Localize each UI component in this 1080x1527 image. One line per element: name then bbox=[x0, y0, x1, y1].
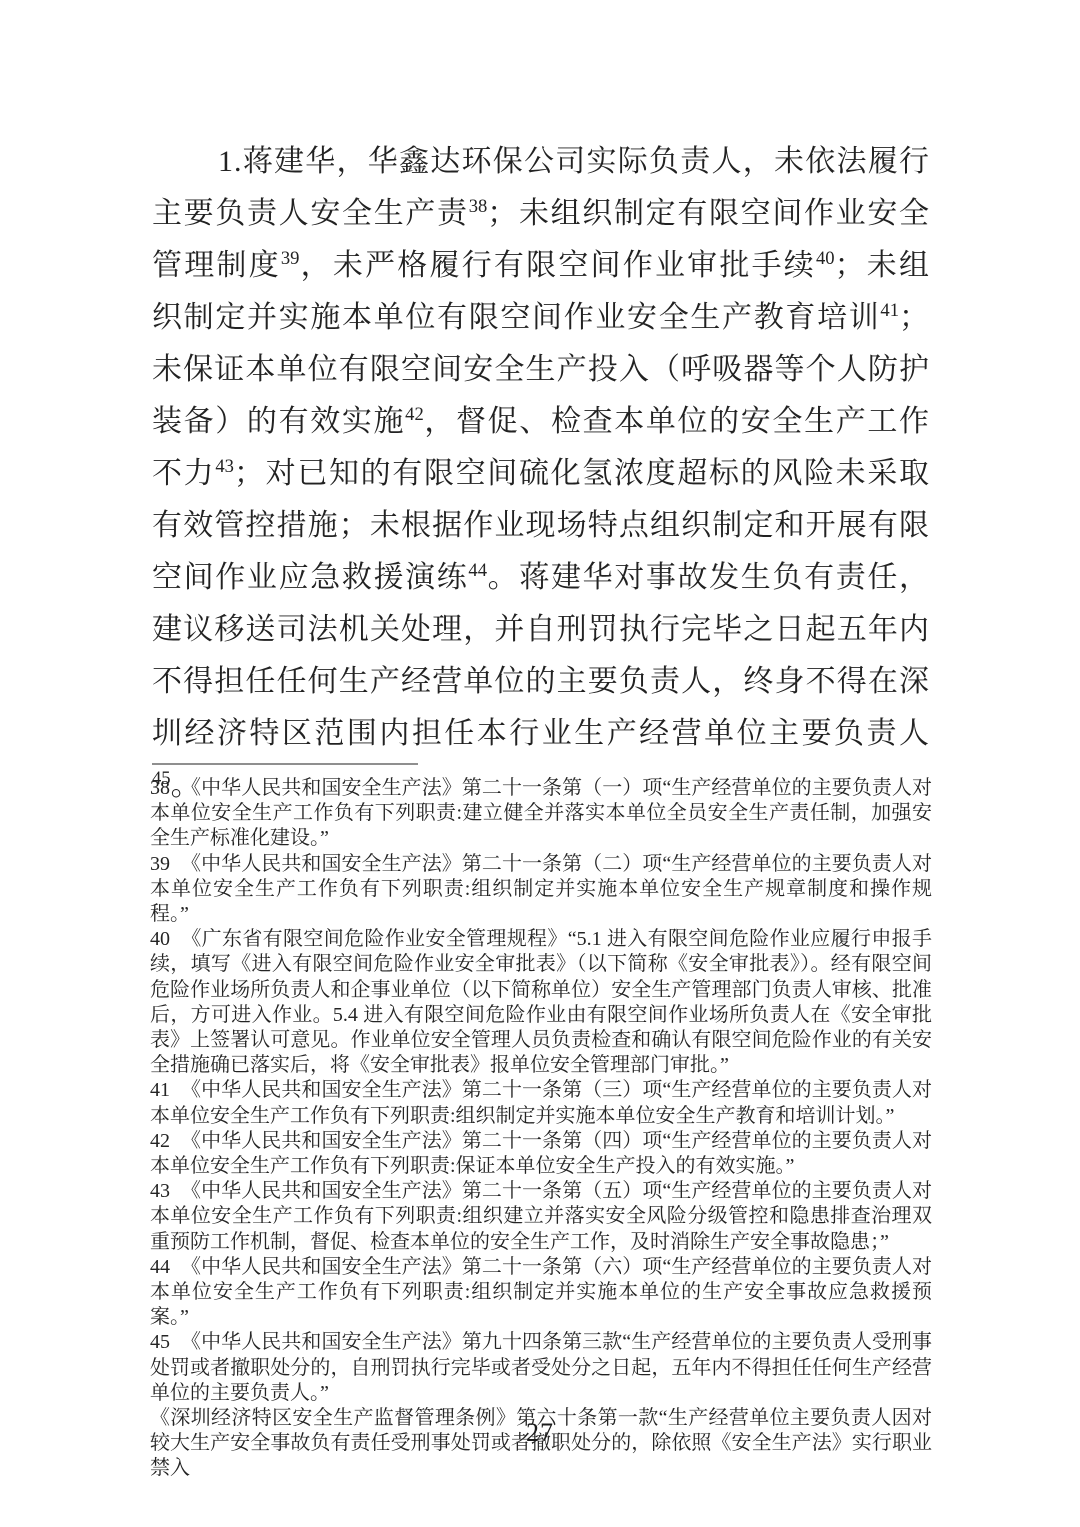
main-paragraph: 1.蒋建华，华鑫达环保公司实际负责人，未依法履行主要负责人安全生产责38；未组织… bbox=[152, 136, 930, 812]
footnote-number: 44 bbox=[150, 1256, 170, 1278]
footnote-item: 40《广东省有限空间危险作业安全管理规程》“5.1 进入有限空间危险作业应履行申… bbox=[150, 927, 932, 1078]
footnote-number: 38 bbox=[150, 777, 170, 799]
footnote-ref: 42 bbox=[405, 404, 424, 425]
footnote-divider bbox=[152, 763, 418, 765]
footnote-ref: 43 bbox=[215, 456, 234, 477]
footnote-number: 43 bbox=[150, 1180, 170, 1202]
footnote-item: 42《中华人民共和国安全生产法》第二十一条第（四）项“生产经营单位的主要负责人对… bbox=[150, 1129, 932, 1179]
footnote-item: 43《中华人民共和国安全生产法》第二十一条第（五）项“生产经营单位的主要负责人对… bbox=[150, 1179, 932, 1255]
footnote-ref: 41 bbox=[880, 300, 899, 321]
document-page: 1.蒋建华，华鑫达环保公司实际负责人，未依法履行主要负责人安全生产责38；未组织… bbox=[0, 0, 1080, 1527]
footnote-list: 38《中华人民共和国安全生产法》第二十一条第（一）项“生产经营单位的主要负责人对… bbox=[150, 776, 932, 1482]
footnote-number: 42 bbox=[150, 1130, 170, 1152]
footnote-number: 40 bbox=[150, 928, 170, 950]
footnote-number: 39 bbox=[150, 853, 170, 875]
page-number: 27 bbox=[0, 1418, 1080, 1448]
footnote-number: 45 bbox=[150, 1331, 170, 1353]
footnote-item: 38《中华人民共和国安全生产法》第二十一条第（一）项“生产经营单位的主要负责人对… bbox=[150, 776, 932, 852]
footnote-item: 44《中华人民共和国安全生产法》第二十一条第（六）项“生产经营单位的主要负责人对… bbox=[150, 1255, 932, 1331]
footnote-ref: 44 bbox=[468, 560, 487, 581]
footnote-item: 45《中华人民共和国安全生产法》第九十四条第三款“生产经营单位的主要负责人受刑事… bbox=[150, 1330, 932, 1406]
footnote-ref: 39 bbox=[281, 248, 300, 269]
footnote-ref: 38 bbox=[469, 196, 488, 217]
footnote-ref: 40 bbox=[816, 248, 835, 269]
footnote-item: 41《中华人民共和国安全生产法》第二十一条第（三）项“生产经营单位的主要负责人对… bbox=[150, 1078, 932, 1128]
footnote-number: 41 bbox=[150, 1079, 170, 1101]
footnote-item: 39《中华人民共和国安全生产法》第二十一条第（二）项“生产经营单位的主要负责人对… bbox=[150, 852, 932, 928]
